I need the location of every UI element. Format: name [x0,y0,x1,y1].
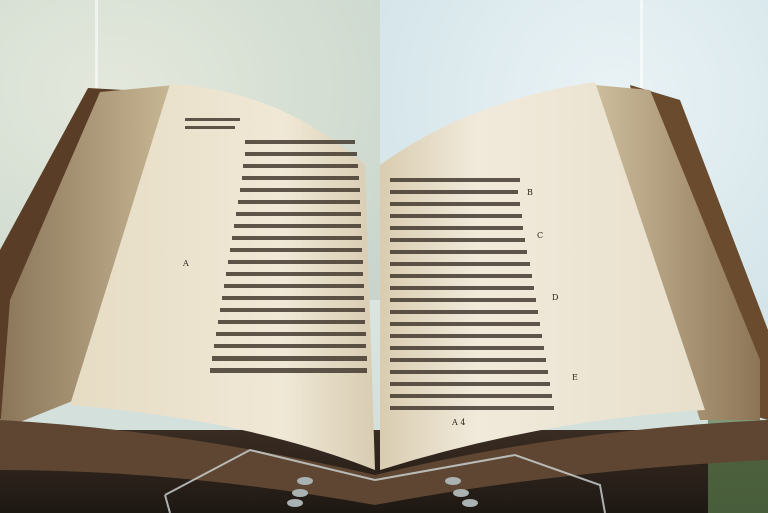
book-illustration: AB CDE A 4 [0,0,768,513]
svg-text:A 4: A 4 [451,418,465,427]
svg-text:A: A [182,259,189,268]
svg-text:D: D [552,293,558,302]
svg-text:E: E [572,373,578,382]
photo-scene: AB CDE A 4 Mem. Alter Teste Mem. moniali… [0,0,768,513]
svg-text:C: C [537,231,543,240]
svg-text:B: B [527,188,533,197]
